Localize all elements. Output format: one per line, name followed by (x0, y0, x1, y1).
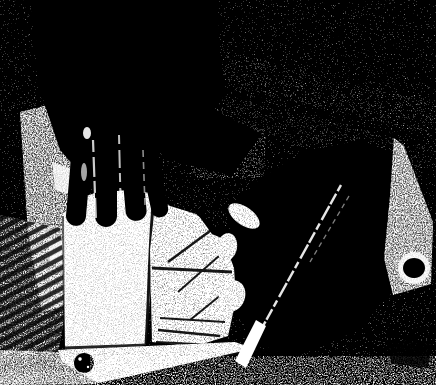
rivet-glint (78, 357, 81, 360)
punched-hole (403, 258, 425, 278)
photo-canvas (0, 0, 436, 385)
knuckle-glint (81, 163, 87, 181)
knuckle-glint (83, 127, 91, 139)
rivet-glint (87, 366, 89, 368)
hand-shadow-over-band (385, 340, 432, 368)
halftone-photo: Grainy black-and-white halftone photogra… (0, 0, 436, 385)
piece-left-edge (63, 216, 64, 348)
